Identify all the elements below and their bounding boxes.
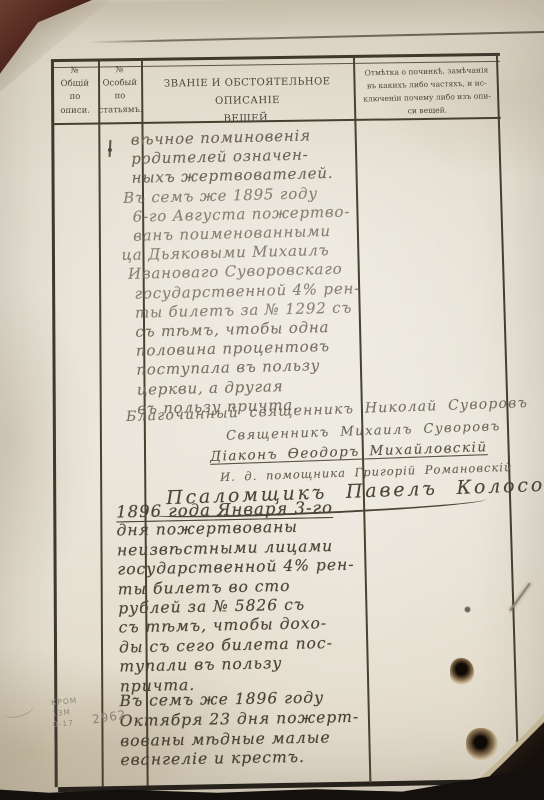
handwritten-entry-1896-october: Въ семъ же 1896 году Октября 23 дня поже… (119, 688, 360, 771)
paper-speck (464, 606, 471, 613)
header-line: № (51, 65, 98, 79)
stamp-line: 0-17 (53, 717, 80, 730)
handwritten-entry-1895: вѣчное поминовенія родителей означен- ны… (131, 125, 364, 418)
column-divider-1 (98, 60, 103, 786)
column-header-general-number: № Общій по описи. (51, 65, 99, 118)
header-line: № (98, 64, 141, 78)
handwritten-entry-1896-january: 1896 года Января 3-го дня пожертвованы н… (116, 498, 357, 697)
archive-pencil-stamp: КРОМ 13М 0-17 (51, 695, 80, 730)
header-line: Особый (98, 77, 141, 91)
header-line: по (51, 91, 98, 105)
column-header-notes: Отмѣтка о починкѣ, замѣчанія въ какихъ л… (353, 58, 501, 119)
header-line: описи. (52, 104, 99, 118)
column-header-article-number: № Особый по статьямъ. (98, 64, 142, 117)
header-line: ЗВАНІЕ И ОБСТОЯТЕЛЬНОЕ ОПИСАНІЕ (141, 73, 353, 112)
header-line: по (98, 90, 141, 104)
ledger-scan-photo: № Общій по описи. № Особый по статьямъ. … (0, 0, 544, 800)
worm-hole (450, 658, 474, 686)
column-header-description: ЗВАНІЕ И ОБСТОЯТЕЛЬНОЕ ОПИСАНІЕ ВЕЩЕЙ. (141, 61, 354, 130)
header-line: статьямъ. (99, 103, 142, 117)
worm-hole (466, 728, 498, 760)
handwritten-line: евангеліе и крестъ. (120, 747, 360, 771)
header-line: Общій (51, 78, 98, 92)
